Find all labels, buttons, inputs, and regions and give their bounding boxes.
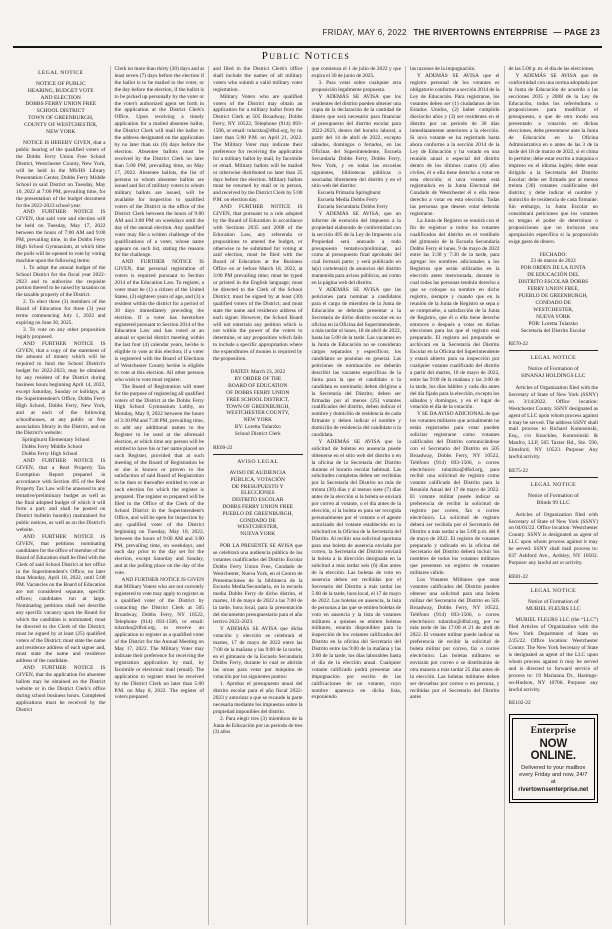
notice-title: Notice of Formation ofBlinds 99 LLC	[509, 493, 599, 507]
notice-paragraph: Y ADEMÁS SE AVISA que el registro person…	[410, 73, 500, 218]
notice-paragraph: and filed in the District Clerk's office…	[213, 66, 303, 94]
notice-paragraph: 3. To vote on any other proposition lega…	[16, 327, 106, 341]
notice-paragraph: Y ADEMÁS SE AVISA, que un informe de exe…	[312, 211, 402, 287]
notice-ref: RE75-22	[509, 468, 599, 474]
notice-paragraph: Y ADEMÁS SE AVISA que las peticiones par…	[312, 287, 402, 439]
notice-paragraph: Clerk no more than thirty (30) days and …	[115, 66, 205, 259]
notice-separator	[509, 583, 599, 584]
header-rule	[13, 46, 602, 48]
header-masthead: THE RIVERTOWNS ENTERPRISE	[413, 28, 547, 37]
notice-paragraph: AND FURTHER NOTICE IS GIVEN, that said v…	[16, 209, 106, 264]
notice-paragraph: Los Votantes Militares que sean votantes…	[410, 577, 500, 701]
notice-paragraph: Y SE DA AVISO ADICIONAL de que los votan…	[410, 411, 500, 577]
notice-paragraph: Y ADEMÁS SE AVISA que la solicitud de bo…	[312, 439, 402, 701]
notice-title: AVISO DE AUDIENCIAPÚBLICA, VOTACIÓNDE PR…	[213, 470, 303, 538]
column-6: de las 5:00 p. m. el día de las eleccion…	[504, 66, 603, 925]
notice-paragraph: AND FURTHER NOTICE IS GIVEN, that a copy…	[16, 341, 106, 438]
notice-paragraph: NOTICE IS HEREBY GIVEN, that a public he…	[16, 140, 106, 209]
column-1: LEGAL NOTICENOTICE OF PUBLICHEARING, BUD…	[12, 66, 110, 925]
notice-paragraph: AND FURTHER NOTICE IS GIVEN, that petiti…	[16, 534, 106, 665]
ad-url: rivertownsenterprise.net	[516, 787, 591, 793]
legal-notice-label: AVISO LEGAL	[213, 459, 303, 465]
notice-columns: LEGAL NOTICENOTICE OF PUBLICHEARING, BUD…	[12, 66, 602, 925]
now-online-headline: NOW ONLINE.	[516, 738, 591, 762]
notice-separator	[509, 477, 599, 478]
enterprise-logo: Enterprise	[516, 724, 591, 737]
notice-ref: RE69-22	[213, 445, 303, 451]
notice-title: NOTICE OF PUBLICHEARING, BUDGET VOTEAND …	[16, 81, 106, 135]
header-page-number: — PAGE 23	[553, 28, 600, 37]
school-list-item: Escuela Secundaria Dobbs Ferry	[318, 204, 402, 211]
notice-title: Notice of Formation ofMURIEL FLEURS LLC	[509, 599, 599, 613]
notice-paragraph: Articles of Organization filed with the …	[509, 385, 599, 461]
notice-paragraph: 1. To adopt the annual budget of the Sch…	[16, 265, 106, 300]
enterprise-ad-inner: EnterpriseNOW ONLINE.Delivered to your m…	[512, 718, 595, 800]
notice-ref: RE70-22	[509, 341, 599, 347]
newspaper-page: FRIDAY, MAY 6, 2022 THE RIVERTOWNS ENTER…	[0, 0, 612, 929]
legal-notice-label: LEGAL NOTICE	[509, 355, 599, 361]
notice-paragraph: AND FURTHER NOTICE IS GIVEN, that pursua…	[213, 204, 303, 363]
signature-block: DATED: March 23, 2022BY ORDER OF THEBOAR…	[213, 369, 303, 438]
school-list-item: Springhurst Elementary School	[22, 437, 106, 444]
notice-paragraph: Y ADEMÁS SE AVISA que los residentes del…	[312, 94, 402, 191]
column-5: las razones de la impugnación.Y ADEMÁS S…	[405, 66, 504, 925]
notice-paragraph: MURIEL FLEURS LLC (the “LLC”) filed Arti…	[509, 617, 599, 693]
notice-paragraph: The Board of Registration will meet for …	[115, 384, 205, 577]
notice-separator	[509, 350, 599, 351]
notice-paragraph: Military Voters who are qualified voters…	[213, 94, 303, 205]
legal-notice-label: LEGAL NOTICE	[509, 588, 599, 594]
notice-paragraph: AND FURTHER NOTICE IS GIVEN that Militar…	[115, 577, 205, 701]
notice-paragraph: 2. Para elegir tres (3) miembros de la J…	[213, 716, 303, 737]
notice-paragraph: AND FURTHER NOTICE IS GIVEN, that the ap…	[16, 665, 106, 713]
ad-subtext: Delivered to your mailbox every Friday a…	[517, 765, 589, 785]
notice-paragraph: La Junta de Registro se reunirá con el f…	[410, 218, 500, 411]
school-list-item: Dobbs Ferry Middle School	[22, 444, 106, 451]
notice-paragraph: 2. To elect three (3) members of the Boa…	[16, 299, 106, 327]
school-list-item: Dobbs Ferry High School	[22, 451, 106, 458]
notice-paragraph: Y ADEMÁS SE AVISA que de conformidad con…	[509, 73, 599, 246]
notice-paragraph: las razones de la impugnación.	[410, 66, 500, 73]
notice-paragraph: AND FURTHER NOTICE IS GIVEN, that a Real…	[16, 458, 106, 534]
school-list-item: Escuela Media Dobbs Ferry	[318, 197, 402, 204]
notice-paragraph: de las 5:00 p. m. el día de las eleccion…	[509, 66, 599, 73]
column-3: and filed in the District Clerk's office…	[208, 66, 307, 925]
school-list: Springhurst Elementary SchoolDobbs Ferry…	[16, 437, 106, 458]
page-header: FRIDAY, MAY 6, 2022 THE RIVERTOWNS ENTER…	[323, 28, 600, 37]
enterprise-ad: EnterpriseNOW ONLINE.Delivered to your m…	[509, 714, 599, 803]
notice-paragraph: AND FURTHER NOTICE IS GIVEN, that person…	[115, 259, 205, 383]
notice-ref: RE81-22	[509, 574, 599, 580]
notice-ref: RE102-22	[509, 700, 599, 706]
column-4: que comienza el 1 de julio de 2022 y que…	[307, 66, 406, 925]
notice-paragraph: Y ADEMÁS SE AVISA que dicha votación y e…	[213, 626, 303, 681]
notice-paragraph: 3. Para votar sobre cualquier otra propo…	[312, 80, 402, 94]
notice-paragraph: 1. Aprobar el presupuesto anual del dist…	[213, 681, 303, 716]
notice-separator	[213, 454, 303, 455]
header-date: FRIDAY, MAY 6, 2022	[323, 28, 407, 37]
section-title: Public Notices	[0, 50, 612, 62]
notice-paragraph: Articles of Organization filed with Secr…	[509, 512, 599, 567]
signature-block: FECHADO:23 de marzo de 2022POR ORDEN DE …	[509, 252, 599, 335]
legal-notice-label: LEGAL NOTICE	[16, 70, 106, 76]
column-2: Clerk no more than thirty (30) days and …	[110, 66, 209, 925]
school-list-item: Escuela Primaria Springhurst	[318, 190, 402, 197]
notice-paragraph: POR LA PRESENTE SE AVISA que se celebrar…	[213, 543, 303, 626]
legal-notice-label: LEGAL NOTICE	[509, 482, 599, 488]
notice-title: Notice of Formation ofSINANAJ HOLDINGS L…	[509, 366, 599, 380]
notice-paragraph: que comienza el 1 de julio de 2022 y que…	[312, 66, 402, 80]
school-list: Escuela Primaria SpringhurstEscuela Medi…	[312, 190, 402, 211]
